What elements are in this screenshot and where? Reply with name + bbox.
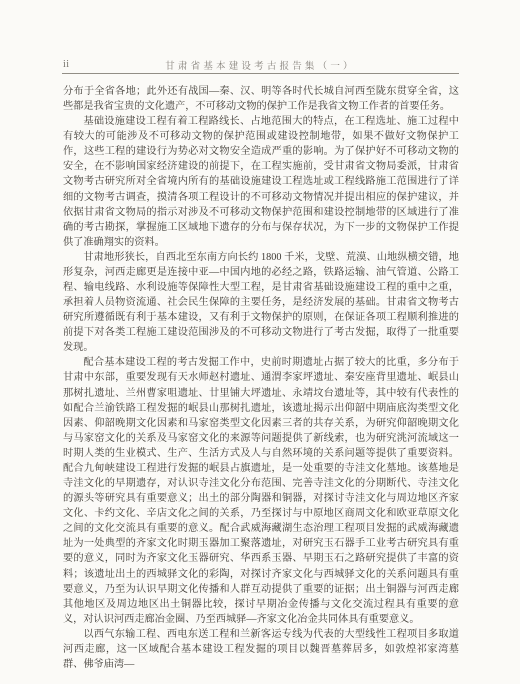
page-header: ii 甘肃省基本建设考古报告集（一）: [62, 56, 459, 72]
body-paragraph: 配合基本建设工程的考古发掘工作中，史前时期遗址占据了较大的比重，多分布于甘肃中东…: [63, 355, 459, 626]
body-paragraph: 分布于全省各地；此外还有战国—秦、汉、明等各时代长城自河西至陇东贯穿全省，这些都…: [63, 84, 459, 114]
page-number: ii: [63, 59, 70, 70]
body-paragraph: 以西气东输工程、西电东送工程和兰新客运专线为代表的大型线性工程项目多取道河西走廊…: [63, 627, 459, 672]
header-divider: [62, 73, 459, 74]
body-paragraph: 基础设施建设工程有着工程路线长、占地范围大的特点，在工程选址、施工过程中有较大的…: [63, 114, 459, 250]
document-page: ii 甘肃省基本建设考古报告集（一） 分布于全省各地；此外还有战国—秦、汉、明等…: [0, 0, 520, 684]
running-head-title: 甘肃省基本建设考古报告集（一）: [62, 56, 459, 72]
body-paragraph: 甘肃地形狭长，自西北至东南方向长约 1800 千米，戈壁、荒漠、山地纵横交错，地…: [63, 250, 459, 356]
page-body: 分布于全省各地；此外还有战国—秦、汉、明等各时代长城自河西至陇东贯穿全省，这些都…: [63, 84, 459, 672]
